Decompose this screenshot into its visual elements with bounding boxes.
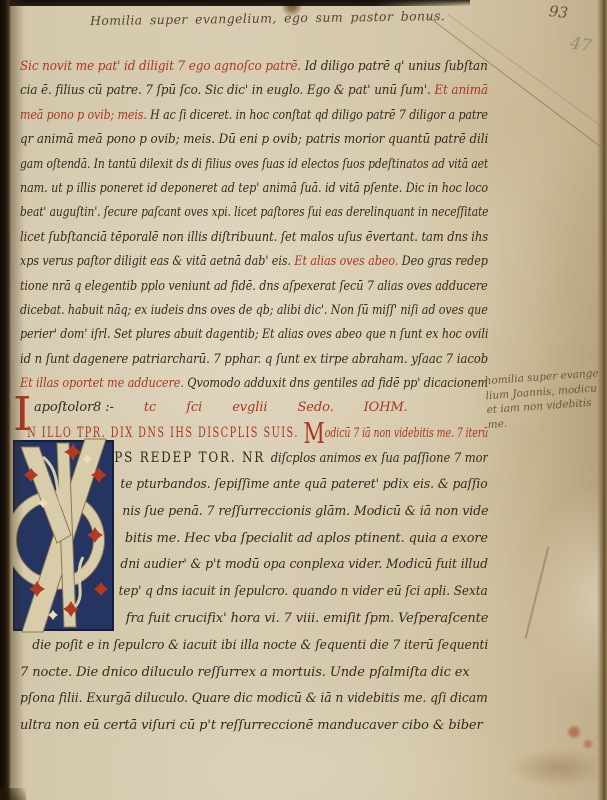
text-segment: Deo gras redep	[398, 254, 488, 269]
text-segment: odicū 7 iā non videbitis me. 7 iterū	[325, 426, 488, 441]
text-segment: Sic novit me pat' id diligit 7 ego agnoſ…	[20, 59, 301, 74]
text-segment: fra fuit crucifix' hora vi. 7 viii. emiſ…	[126, 611, 488, 626]
text-segment: H ac ſi diceret. in hoc conſtat qd dilig…	[147, 108, 488, 123]
text-segment: Et animā	[431, 83, 488, 98]
text-segment: nis ſue penā. 7 reſſurreccionis glām. Mo…	[122, 504, 488, 519]
text-segment: perier' dom' iſrl. Set plures abuit dage…	[20, 327, 488, 342]
bottom-corner-shadow	[0, 788, 26, 800]
text-segment: te pturbandos. ſepiſſime ante quā patere…	[120, 477, 487, 492]
text-segment: die poſit e in ſepulcro & iacuit ibi ill…	[32, 638, 488, 653]
margin-note: homilia super evange lium Joannis, modic…	[484, 366, 607, 432]
text-segment: pſona filii. Exurgā diluculo. Quare dic …	[20, 691, 488, 706]
text-segment: qr animā meā pono p ovib; meis. Dū eni p…	[20, 132, 488, 147]
manuscript-text: Sic novit me pat' id diligit 7 ego agnoſ…	[20, 55, 488, 740]
text-segment: xps verus paſtor diligit eas & vitā aetn…	[20, 254, 294, 269]
text-segment: nam. ut p illis poneret id deponeret ad …	[20, 181, 488, 196]
text-segment: Qvomodo adduxit dns gentiles ad fidē pp'…	[184, 376, 488, 391]
page-right-edge	[597, 0, 607, 800]
illuminated-initial-x	[13, 437, 116, 634]
text-segment: tc ſci evglii Sedo. IOHM.	[114, 400, 408, 415]
folio-number: 93	[548, 2, 569, 22]
text-line: Et illas oportet me adducere. Qvomodo ad…	[20, 372, 425, 396]
text-segment: beat' auguſtin'. ſecure paſcant oves xpi…	[20, 205, 488, 220]
text-segment: PS REDEP TOR. NR	[114, 450, 270, 466]
text-line: cia ē. filius cū patre. 7 ſpū ſco. Sic d…	[20, 79, 449, 103]
text-segment: gam oſtendā. In tantū dilexit ds di fili…	[20, 157, 488, 172]
text-segment: tep' q dns iacuit in ſepulcro. quando n …	[119, 584, 488, 599]
text-line: xps verus paſtor diligit eas & vitā aetn…	[20, 250, 423, 274]
text-segment: Et illas oportet me adducere.	[20, 376, 184, 391]
text-segment: dicebat. habuit nāq; ex iudeis dns oves …	[20, 303, 488, 318]
text-segment: tione nrā q elegentib pplo veniunt ad fi…	[20, 279, 488, 294]
text-line: ultra non eū certā viſuri cū p't reſſurr…	[20, 713, 488, 740]
text-segment: cia ē. filius cū patre. 7 ſpū ſco. Sic d…	[20, 83, 431, 98]
text-line: pſona filii. Exurgā diluculo. Quare dic …	[20, 686, 466, 713]
text-line: apoſtolor8 :- tc ſci evglii Sedo. IOHM.	[20, 396, 488, 420]
text-line: gam oſtendā. In tantū dilexit ds di fili…	[20, 153, 406, 177]
text-segment: ultra non eū certā viſuri cū p't reſſurr…	[20, 718, 483, 733]
pencil-folio-number: 47	[569, 33, 594, 56]
text-segment: licet ſubſtanciā tēporalē non illis diſt…	[20, 230, 488, 245]
text-line: id n ſunt dagenere patriarcharū. 7 pphar…	[20, 348, 441, 372]
text-line: tione nrā q elegentib pplo veniunt ad fi…	[20, 275, 423, 299]
manuscript-page: Homilia super evangelium, ego sum pastor…	[0, 0, 607, 800]
text-segment: Et alias oves abeo.	[294, 254, 398, 269]
text-segment: dni audier' & p't modū opa conplexa vide…	[120, 557, 487, 572]
top-edge-shadow	[0, 0, 470, 6]
text-line: licet ſubſtanciā tēporalē non illis diſt…	[20, 226, 436, 250]
text-segment: diſcplos animos ex ſua paſſione 7 mor	[271, 451, 488, 466]
parchment-tear	[525, 546, 550, 639]
text-line: perier' dom' iſrl. Set plures abuit dage…	[20, 323, 420, 347]
text-line: qr animā meā pono p ovib; meis. Dū eni p…	[20, 128, 450, 152]
header-inscription: Homilia super evangelium, ego sum pastor…	[90, 9, 390, 28]
text-line: 7 nocte. Die dnico diluculo reſſurrex a …	[20, 660, 488, 687]
text-line: dicebat. habuit nāq; ex iudeis dns oves …	[20, 299, 420, 323]
gutter-shadow	[8, 0, 24, 800]
text-segment: apoſtolor8 :-	[34, 400, 114, 415]
text-line: die poſit e in ſepulcro & iacuit ibi ill…	[20, 633, 462, 660]
text-segment: meā pono p ovib; meis.	[20, 108, 147, 123]
text-line: Sic novit me pat' id diligit 7 ego agnoſ…	[20, 55, 451, 79]
text-line: meā pono p ovib; meis. H ac ſi diceret. …	[20, 104, 416, 128]
text-segment: 7 nocte. Die dnico diluculo reſſurrex a …	[20, 665, 470, 680]
text-segment: bitis me. Hec vba ſpecialit ad aplos pti…	[125, 531, 488, 546]
text-line: nam. ut p illis poneret id deponeret ad …	[20, 177, 422, 201]
text-line: beat' auguſtin'. ſecure paſcant oves xpi…	[20, 201, 404, 225]
text-segment: id n ſunt dagenere patriarcharū. 7 pphar…	[20, 352, 488, 367]
text-segment: Id diligo patrē q' unius ſubſtan	[301, 59, 488, 74]
